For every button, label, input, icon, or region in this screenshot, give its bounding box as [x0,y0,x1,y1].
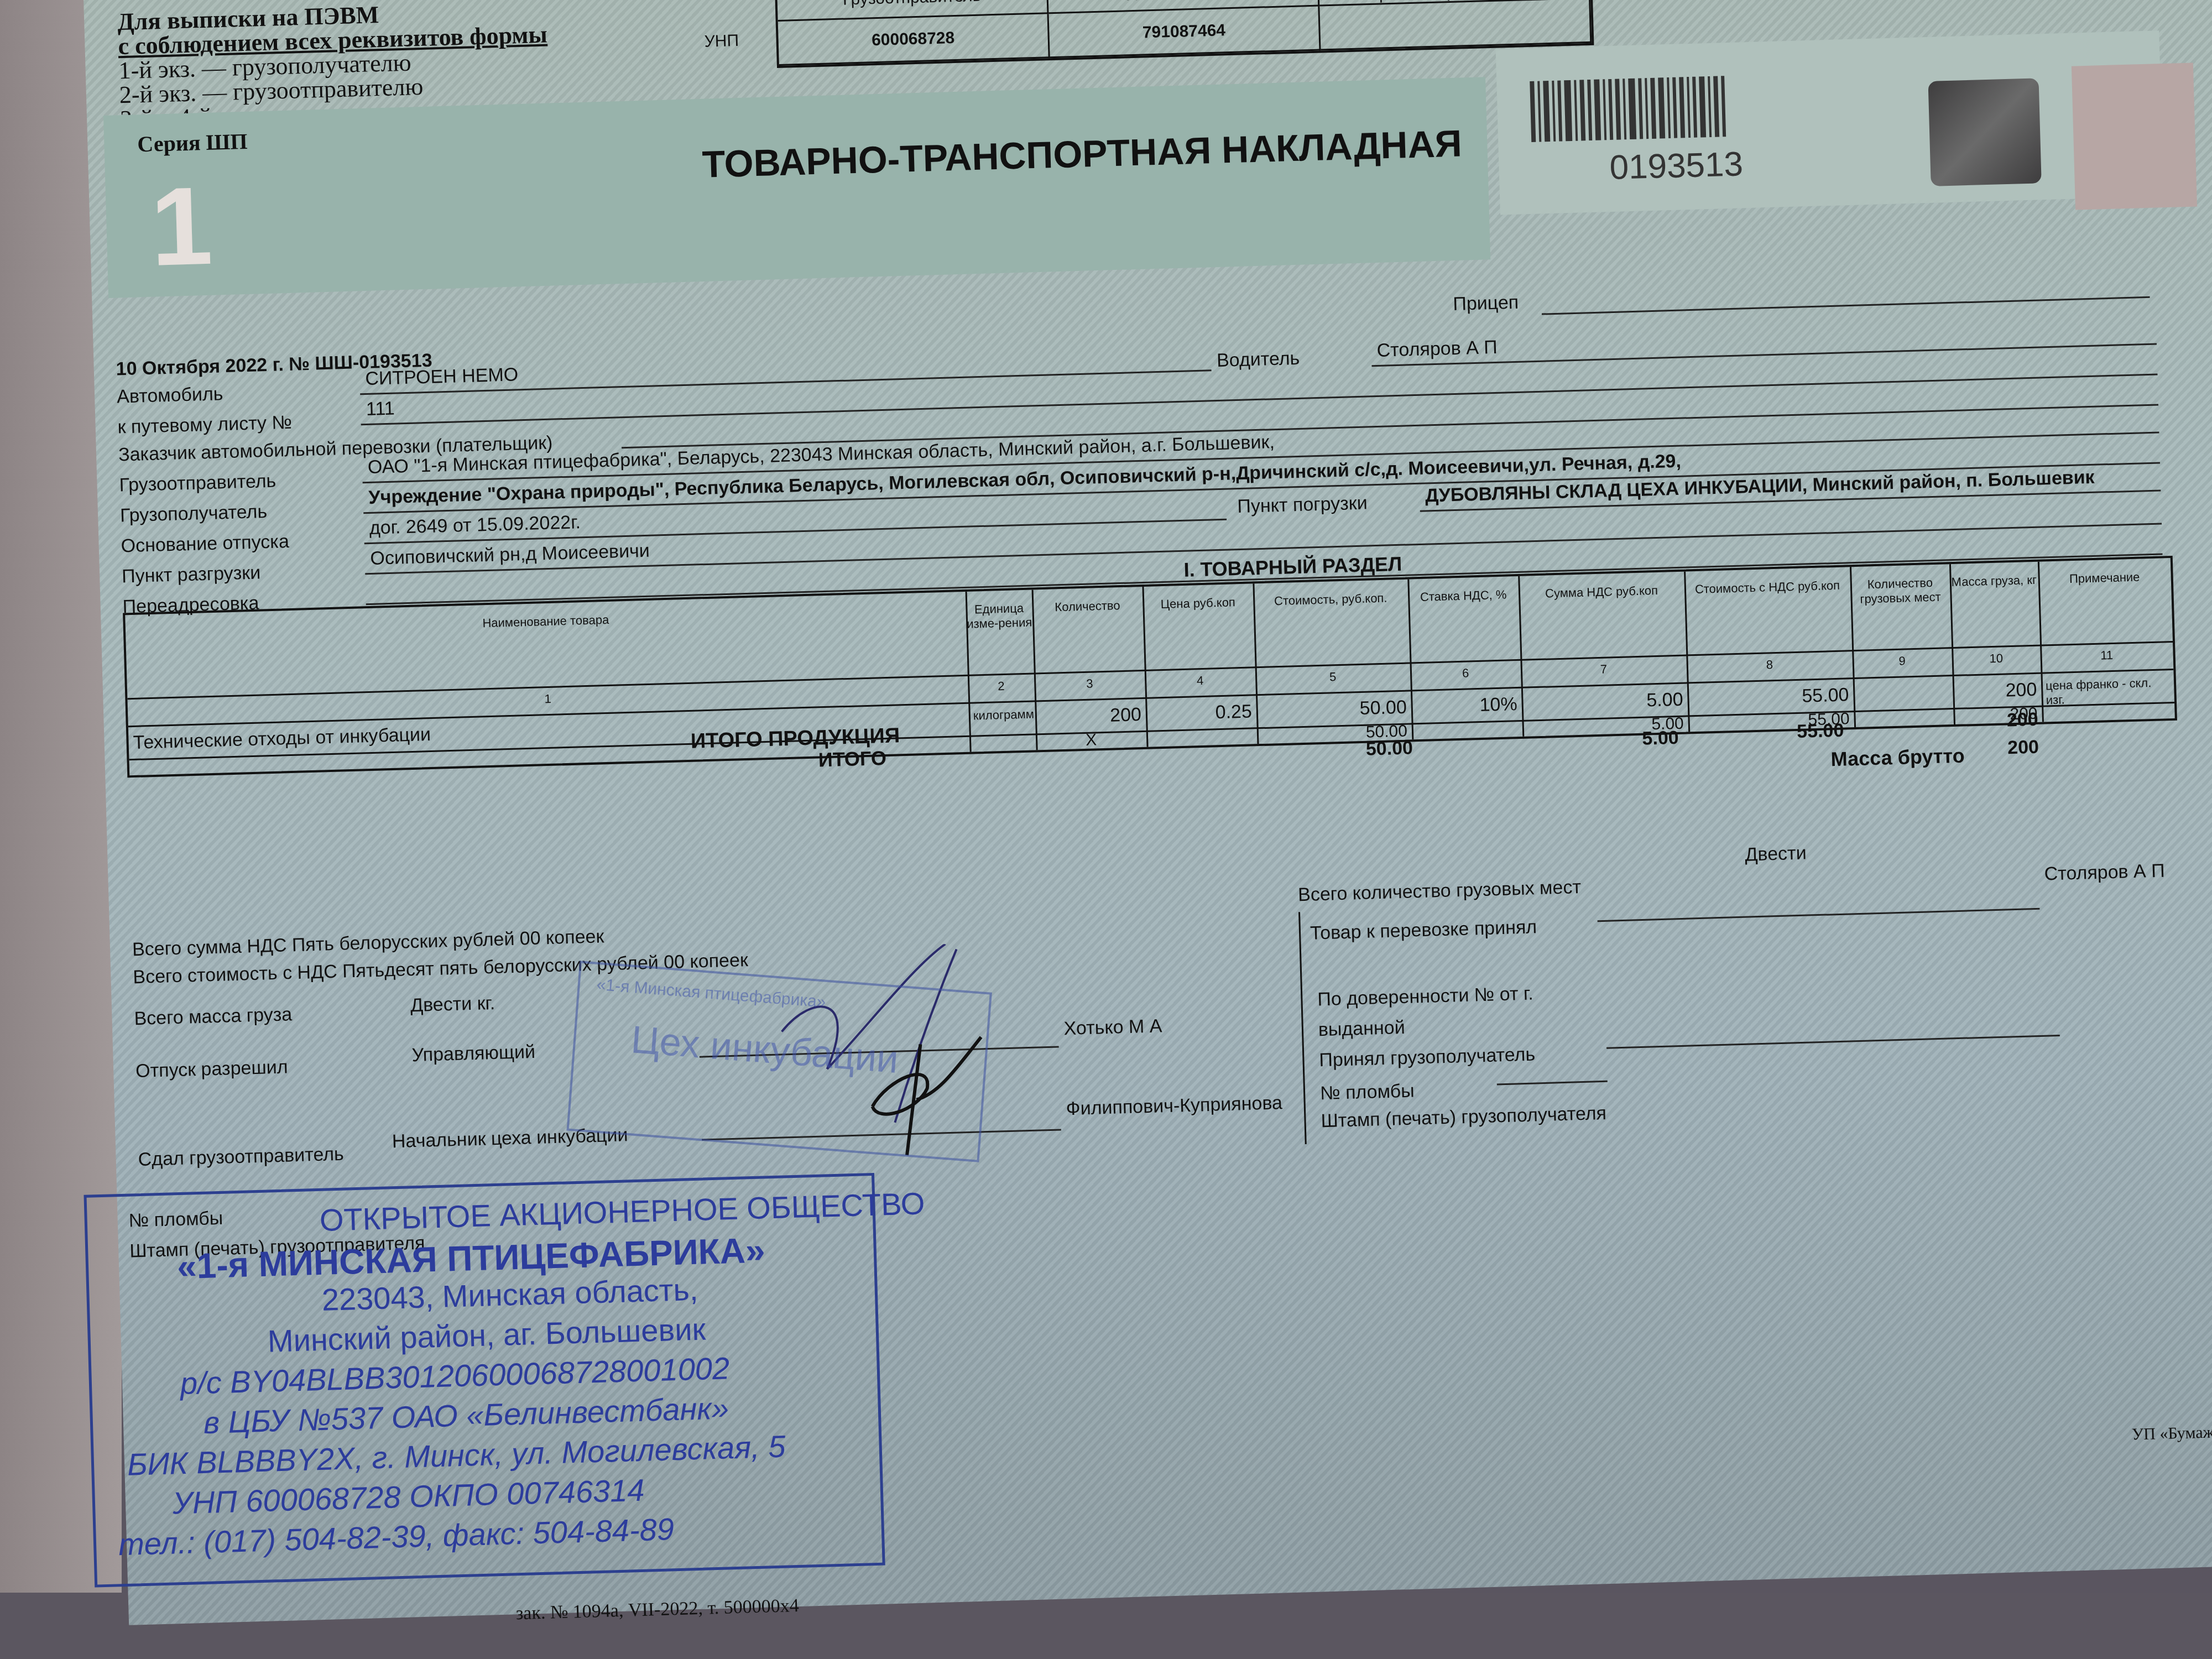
waybill-document: Для выписки на ПЭВМ с соблюдением всех р… [83,0,2212,1625]
release-position: Управляющий [411,1041,535,1066]
waybill-line [361,374,2158,426]
column-number: 6 [1410,665,1521,682]
column-header: Примечание [2038,569,2171,587]
table-row-divider [127,641,2173,700]
table-cell [1858,681,1948,684]
accepted-signature-line [1598,908,2040,922]
mass-label: Всего масса груза [134,1004,293,1030]
barcode-block: 0193513 [1496,30,2164,215]
issued-label: выданной [1318,1017,1405,1041]
department-stamp-line-1: «1-я Минская птицефабрика» [596,975,827,1012]
column-header: Стоимость с НДС руб.коп [1684,578,1851,597]
basis-value: дог. 2649 от 15.09.2022г. [369,512,581,539]
mass-value: Двести кг. [410,993,495,1016]
security-pattern [2072,63,2197,210]
series-label: Серия ШП [137,128,248,158]
column-header: Ставка НДС, % [1408,587,1519,605]
column-number: 11 [2040,646,2173,665]
table-cell: цена франко - скл. изг. [2046,675,2170,707]
unp-label: УНП [704,32,739,51]
places-label: Всего количество грузовых мест [1298,877,1582,906]
gross-mass-label: Масса брутто [1830,744,1965,771]
column-number: 7 [1521,660,1687,679]
document-title: ТОВАРНО-ТРАНСПОРТНАЯ НАКЛАДНАЯ [702,122,1463,186]
column-header: Сумма НДС руб.коп [1519,583,1685,602]
handed-label: Сдал грузоотправитель [138,1144,344,1171]
waybill-value: 111 [366,398,395,420]
stamp-line: ОТКРЫТОЕ АКЦИОНЕРНОЕ ОБЩЕСТВО [319,1185,925,1238]
table-cell: 200 [1957,679,2037,703]
received-label: Принял грузополучатель [1319,1044,1536,1071]
vehicle-label: Автомобиль [117,383,223,408]
shipper-label: Грузоотправитель [119,471,276,497]
table-cell: 5.00 [1526,689,1683,715]
table-cell: килограмм [973,707,1031,723]
vehicle-value: СИТРОЕН НЕМО [365,364,519,390]
handed-name: Филиппович-Куприянова [1066,1092,1282,1120]
column-number: 8 [1687,655,1853,674]
goods-table: Наименование товара1Единица изме-рения2К… [123,556,2177,778]
column-number: 9 [1852,653,1952,670]
release-label: Отпуск разрешил [135,1056,288,1082]
places-value: Двести [1745,843,1807,866]
total-mass: 200 [2006,709,2038,732]
proxy-label: По доверенности № от г. [1317,983,1533,1010]
seal-label-2: № пломбы [1320,1081,1415,1105]
column-header: Стоимость, руб.коп. [1253,591,1408,609]
table-cell: 0.25 [1150,701,1252,726]
divider [1298,912,1307,1144]
printer-name: УП «Бумажник» [2132,1422,2212,1444]
company-stamp: ОТКРЫТОЕ АКЦИОНЕРНОЕ ОБЩЕСТВО«1-я МИНСКА… [84,1173,885,1588]
seal-line-2 [1497,1081,1608,1086]
series-number: 1 [149,163,214,291]
gross-mass-value: 200 [2007,737,2039,759]
waybill-label: к путевому листу № [117,412,292,439]
stamp-line: Минский район, аг. Большевик [267,1311,706,1359]
column-number: 3 [1034,675,1145,693]
total-label: ИТОГО [818,747,886,771]
loading-label: Пункт погрузки [1237,493,1368,518]
unloading-label: Пункт разгрузки [122,562,261,587]
received-signature-line [1606,1035,2060,1049]
total-products-cell: X [1040,729,1142,751]
driver-value: Столяров А П [1376,337,1498,362]
column-number: 10 [1952,650,2041,667]
column-header: Масса груза, кг [1949,573,2038,589]
basis-label: Основание отпуска [121,531,289,557]
hologram-icon [1928,78,2042,186]
unp-table: Грузоотправитель Грузополучатель Заказчи… [775,0,1594,68]
column-number: 4 [1145,672,1256,690]
column-header: Цена руб.коп [1142,594,1254,612]
title-block: Серия ШП 1 ТОВАРНО-ТРАНСПОРТНАЯ НАКЛАДНА… [103,77,1490,298]
goods-section-title: I. ТОВАРНЫЙ РАЗДЕЛ [1183,552,1402,582]
unp-value-customer [1319,0,1592,51]
column-header: Количество грузовых мест [1850,575,1950,607]
column-number: 2 [968,678,1035,694]
unloading-value: Осиповичский рн,д Моисеевичи [370,540,650,570]
table-cell: 50.00 [1260,697,1407,722]
department-stamp: «1-я Минская птицефабрика» Цех инкубации [566,961,992,1162]
driver-label: Водитель [1217,348,1300,372]
table-cell: 10% [1415,693,1517,718]
trailer-label: Прицеп [1453,292,1519,315]
barcode-icon [1530,71,1885,142]
consignee-stamp-label: Штамп (печать) грузополучателя [1321,1103,1606,1132]
column-header: Единица изме-рения [966,601,1032,632]
unp-value-consignee: 791087464 [1049,7,1321,59]
total-vat: 5.00 [1642,727,1679,750]
total-cost: 50.00 [1365,737,1413,760]
barcode-number: 0193513 [1609,144,1744,187]
table-cell: 200 [1039,704,1141,728]
release-name: Хотько М А [1063,1015,1162,1040]
column-header: Количество [1032,598,1143,615]
accepted-name: Столяров А П [2044,860,2165,885]
trailer-line [1542,296,2150,315]
column-number: 5 [1255,667,1411,686]
total-cost-with-vat: 55.00 [1797,720,1844,743]
department-stamp-line-2: Цех инкубации [629,1017,900,1082]
consignee-label: Грузополучатель [120,501,268,526]
table-cell: 55.00 [1692,684,1849,710]
unp-value-shipper: 600068728 [778,14,1050,66]
accepted-label: Товар к перевозке принял [1310,916,1537,944]
